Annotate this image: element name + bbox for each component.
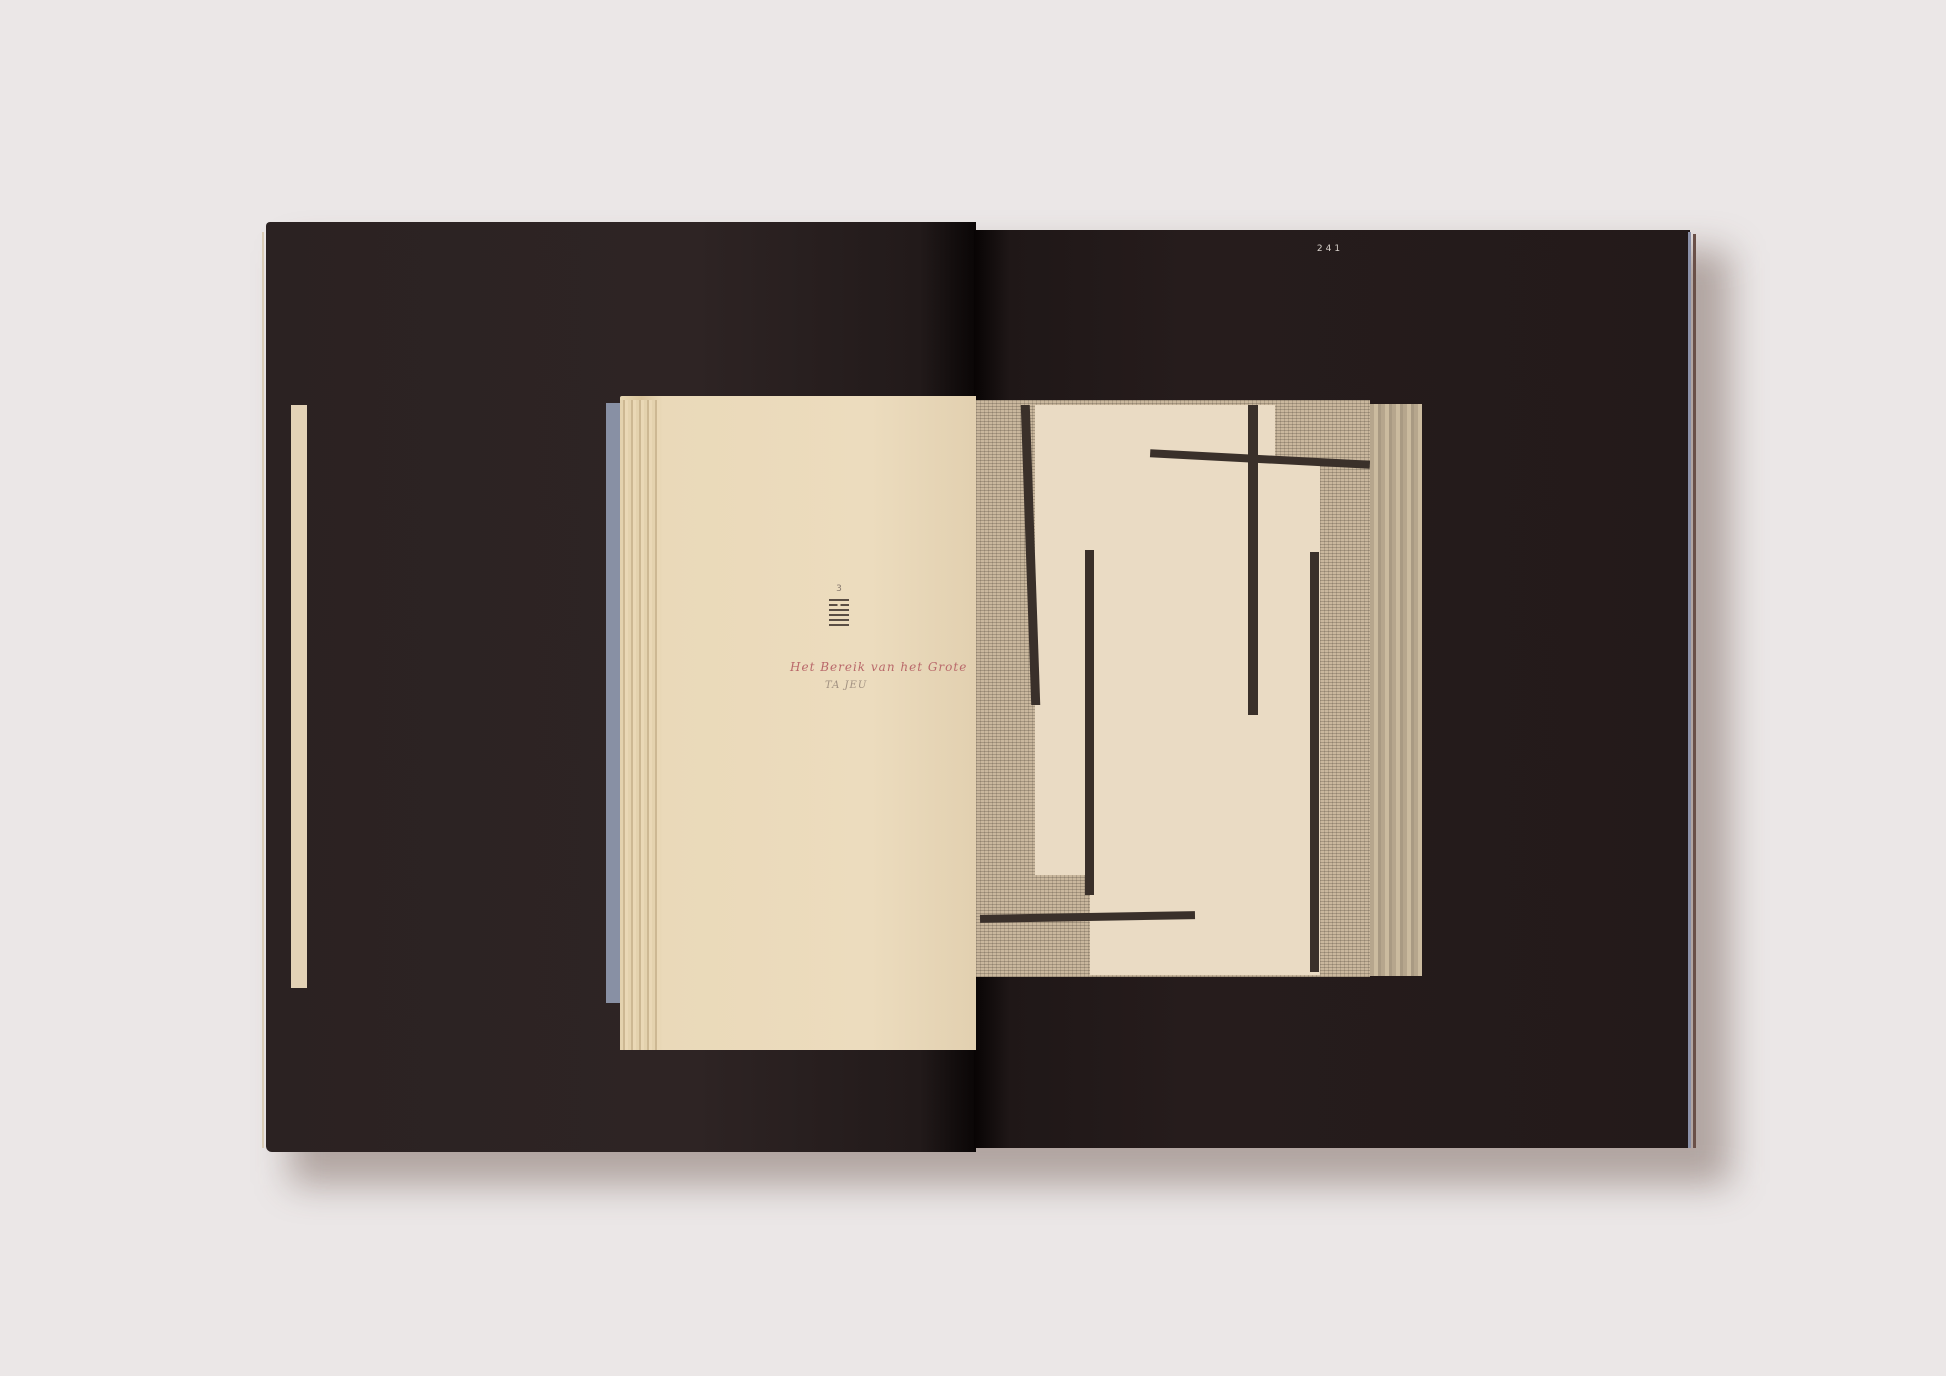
brush-stroke [1310, 552, 1319, 972]
brush-stroke [1085, 550, 1094, 895]
right-page-edge [1693, 234, 1696, 1148]
artwork-light-area [1090, 460, 1320, 975]
right-page-edge [1688, 232, 1691, 1148]
page-number: 241 [1300, 244, 1360, 254]
inner-left-page [620, 396, 976, 1050]
handwritten-subtitle: TA JEU [825, 680, 867, 691]
brush-stroke [1248, 405, 1258, 715]
hexagram-number: 3 [829, 584, 849, 594]
handwritten-title: Het Bereik van het Grote [790, 660, 967, 674]
beige-bookmark-strip [291, 405, 307, 988]
inner-right-page-stack [1370, 404, 1422, 976]
inner-page-stack [620, 400, 660, 1050]
left-page-edge [262, 232, 264, 1148]
hexagram-icon [829, 599, 849, 629]
